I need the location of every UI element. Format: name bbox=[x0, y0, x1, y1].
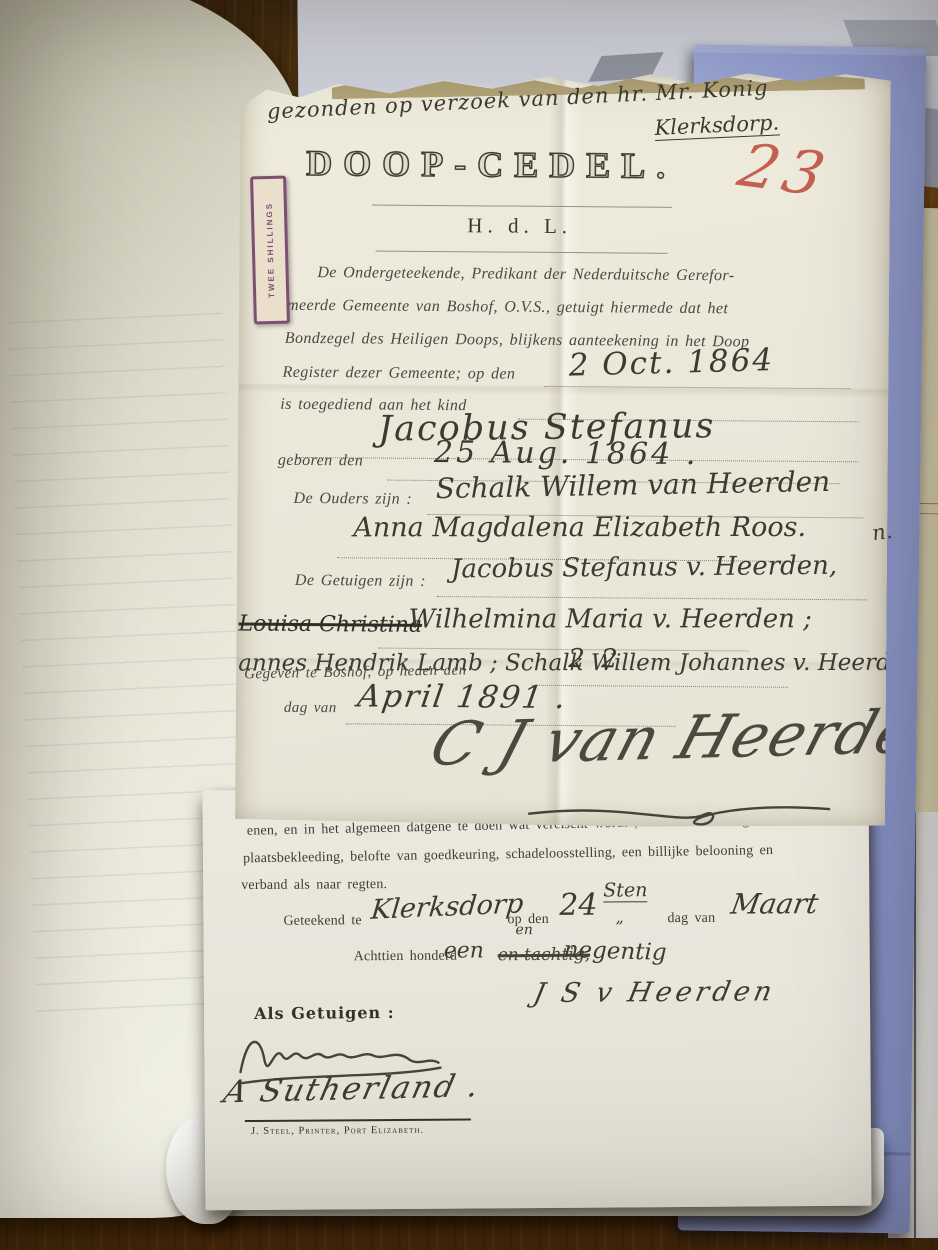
red-archive-number: 23 bbox=[731, 131, 837, 211]
witnesses-label: De Getuigen zijn : bbox=[295, 572, 426, 591]
year-printed-label: Achttien honderd bbox=[354, 949, 457, 966]
deed-document: enen, en in het algemeen datgene te doen… bbox=[203, 786, 872, 1211]
body-line: meerde Gemeente van Boshof, O.V.S., getu… bbox=[287, 297, 728, 318]
signed-month-handwritten: Maart bbox=[729, 887, 821, 921]
blue-paper-writing: n. bbox=[870, 519, 893, 546]
birth-date-handwritten: 25 Aug. 1864 . bbox=[434, 435, 699, 472]
day-suffix-handwritten: Sten bbox=[603, 879, 647, 902]
mother-name-handwritten: Anna Magdalena Elizabeth Roos. bbox=[353, 512, 806, 543]
deed-paragraph-line: plaatsbekleeding, belofte van goedkeurin… bbox=[243, 843, 773, 867]
witness2-struck-out: Louisa Christina bbox=[238, 611, 422, 637]
minister-signature: C J van Heerden bbox=[422, 696, 938, 780]
certificate-subtitle: H. d. L. bbox=[400, 213, 640, 240]
title-rule bbox=[372, 204, 672, 207]
witness1-handwritten: Jacobus Stefanus v. Heerden, bbox=[451, 551, 837, 585]
dag-van-label: dag van bbox=[284, 700, 337, 717]
printer-credit: J. Steel, Printer, Port Elizabeth. bbox=[251, 1125, 424, 1137]
body-line: Register dezer Gemeente; op den bbox=[282, 364, 515, 384]
ditto-mark: „ bbox=[615, 907, 623, 926]
issued-day-handwritten: 2 2 bbox=[568, 644, 622, 674]
printer-rule bbox=[245, 1118, 471, 1122]
signed-day-handwritten: 24 bbox=[559, 888, 597, 923]
form-line bbox=[532, 684, 788, 688]
certificate-title: DOOP-CEDEL. bbox=[306, 142, 676, 187]
form-line bbox=[437, 595, 867, 600]
father-name-handwritten: Schalk Willem van Heerden bbox=[435, 465, 830, 505]
subtitle-rule bbox=[376, 251, 668, 254]
revenue-stamp-edge: TWEE SHILLINGS bbox=[250, 176, 290, 325]
photo-of-baptism-certificate: 1 3 5 3 8 1 6 enen, en in het algemeen d… bbox=[0, 0, 938, 1250]
witnesses-heading: Als Getuigen : bbox=[254, 1003, 395, 1023]
year-word-handwritten: negentig bbox=[563, 937, 667, 966]
deed-signature: J S v Heerden bbox=[531, 976, 779, 1009]
signed-place-handwritten: Klerksdorp bbox=[370, 888, 525, 925]
year-word-handwritten: een bbox=[444, 938, 484, 963]
body-line: De Ondergeteekende, Predikant der Nederd… bbox=[317, 264, 734, 285]
baptism-certificate: gezonden op verzoek van den hr. Mr. Koni… bbox=[235, 63, 891, 828]
stamp-text: TWEE SHILLINGS bbox=[264, 202, 276, 298]
parents-label: De Ouders zijn : bbox=[294, 490, 413, 509]
signed-at-label: Geteekend te bbox=[283, 913, 361, 930]
witness-signature-sutherland: A Sutherland . bbox=[220, 1068, 484, 1110]
baptism-date-handwritten: 2 Oct. 1864 bbox=[568, 342, 774, 384]
born-label: geboren den bbox=[278, 452, 363, 471]
dag-van-label: dag van bbox=[667, 911, 715, 927]
deed-paragraph-line: verband als naar regten. bbox=[241, 877, 387, 894]
year-inserted-word: en bbox=[515, 922, 532, 938]
witness2-handwritten: Wilhelmina Maria v. Heerden ; bbox=[409, 604, 812, 634]
form-line bbox=[544, 385, 850, 389]
